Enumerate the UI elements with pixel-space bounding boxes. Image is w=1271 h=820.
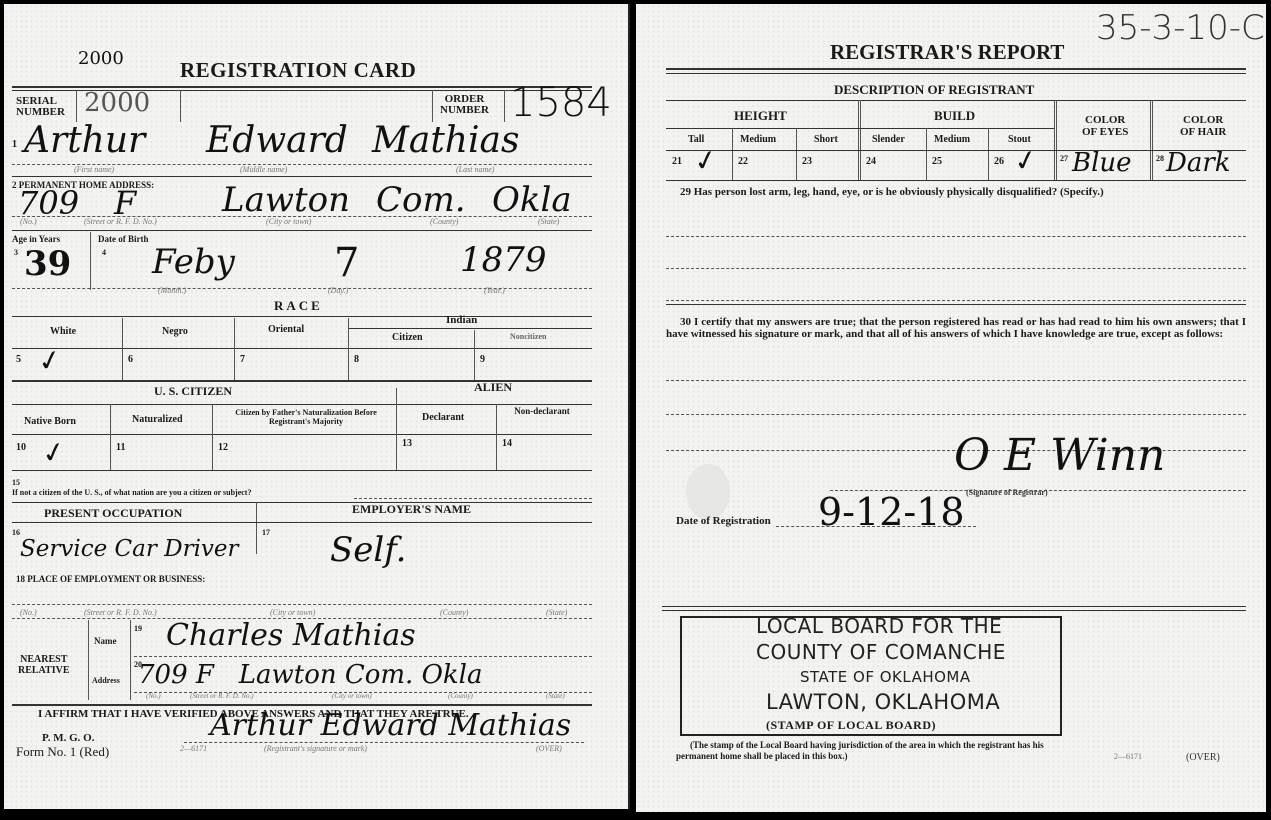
order-number-value: 1584 <box>510 80 612 126</box>
serial-number-value: 2000 <box>84 88 150 118</box>
question-29: 29 Has person lost arm, leg, hand, eye, … <box>666 186 1246 199</box>
nearest-relative-name: Charles Mathias <box>166 618 416 653</box>
registrars-report: 35-3-10-C REGISTRAR'S REPORT DESCRIPTION… <box>636 4 1266 812</box>
nearest-relative-address: 709 F Lawton Com. Okla <box>138 660 482 690</box>
tall-checkmark: ✓ <box>691 142 721 179</box>
birth-year-value: 1879 <box>460 240 547 280</box>
height-heading: HEIGHT <box>734 108 787 124</box>
registration-card-front: 2000 REGISTRATION CARD SERIAL NUMBER 200… <box>4 4 630 809</box>
registrant-signature: Arthur Edward Mathias <box>210 708 571 743</box>
eye-color-heading: COLOR OF EYES <box>1082 114 1128 138</box>
file-code: 35-3-10-C <box>1096 8 1265 48</box>
card-title: REGISTRATION CARD <box>180 58 416 83</box>
stamp-instruction: (The stamp of the Local Board having jur… <box>676 740 1066 762</box>
question-30: 30 I certify that my answers are true; t… <box>666 316 1246 340</box>
middle-name-value: Edward <box>206 120 348 161</box>
birth-date-label: Date of Birth <box>98 234 149 244</box>
age-value: 39 <box>24 244 71 284</box>
employer-heading: EMPLOYER'S NAME <box>352 502 471 517</box>
serial-number-label: SERIAL NUMBER <box>16 96 65 118</box>
hair-color-value: Dark <box>1166 148 1231 178</box>
employer-value: Self. <box>330 530 406 570</box>
stamp-line-1: LOCAL BOARD FOR THE <box>756 614 1002 638</box>
race-heading: RACE <box>274 298 323 314</box>
watermark-seal-icon <box>686 464 730 520</box>
description-heading: DESCRIPTION OF REGISTRANT <box>834 82 1034 98</box>
nearest-relative-label: NEAREST RELATIVE <box>18 654 70 676</box>
home-address-city: Lawton <box>222 180 350 220</box>
native-born-checkmark: ✓ <box>39 434 69 471</box>
home-address-county: Com. <box>376 180 466 220</box>
place-of-employment-label: 18 PLACE OF EMPLOYMENT OR BUSINESS: <box>16 574 205 584</box>
build-heading: BUILD <box>934 108 975 124</box>
stout-checkmark: ✓ <box>1011 142 1041 179</box>
age-label: Age in Years <box>12 234 60 244</box>
indian-heading: Indian <box>446 314 477 326</box>
last-name-value: Mathias <box>372 120 519 161</box>
us-citizen-heading: U. S. CITIZEN <box>154 384 232 399</box>
date-of-registration-value: 9-12-18 <box>818 490 965 534</box>
nationality-question: If not a citizen of the U. S., of what n… <box>12 488 251 497</box>
top-number: 2000 <box>78 48 124 69</box>
home-address-state: Okla <box>492 180 572 220</box>
eye-color-value: Blue <box>1072 148 1132 178</box>
birth-day-value: 7 <box>334 240 359 286</box>
first-name-value: Arthur <box>24 120 145 161</box>
stamp-line-2: COUNTY OF COMANCHE <box>756 640 1006 664</box>
stamp-line-3: STATE OF OKLAHOMA <box>800 668 971 686</box>
stamp-caption: (STAMP OF LOCAL BOARD) <box>766 718 936 733</box>
date-of-registration-label: Date of Registration <box>676 515 771 527</box>
occupation-heading: PRESENT OCCUPATION <box>44 506 182 521</box>
stamp-line-4: LAWTON, OKLAHOMA <box>766 690 1000 714</box>
hair-color-heading: COLOR OF HAIR <box>1180 114 1226 138</box>
report-title: REGISTRAR'S REPORT <box>830 40 1064 65</box>
registrar-signature: O E Winn <box>954 430 1165 481</box>
alien-heading: ALIEN <box>474 380 512 395</box>
order-number-label: ORDER NUMBER <box>440 94 489 116</box>
form-number: Form No. 1 (Red) <box>16 744 109 760</box>
occupation-value: Service Car Driver <box>20 536 239 562</box>
birth-month-value: Feby <box>152 242 235 282</box>
